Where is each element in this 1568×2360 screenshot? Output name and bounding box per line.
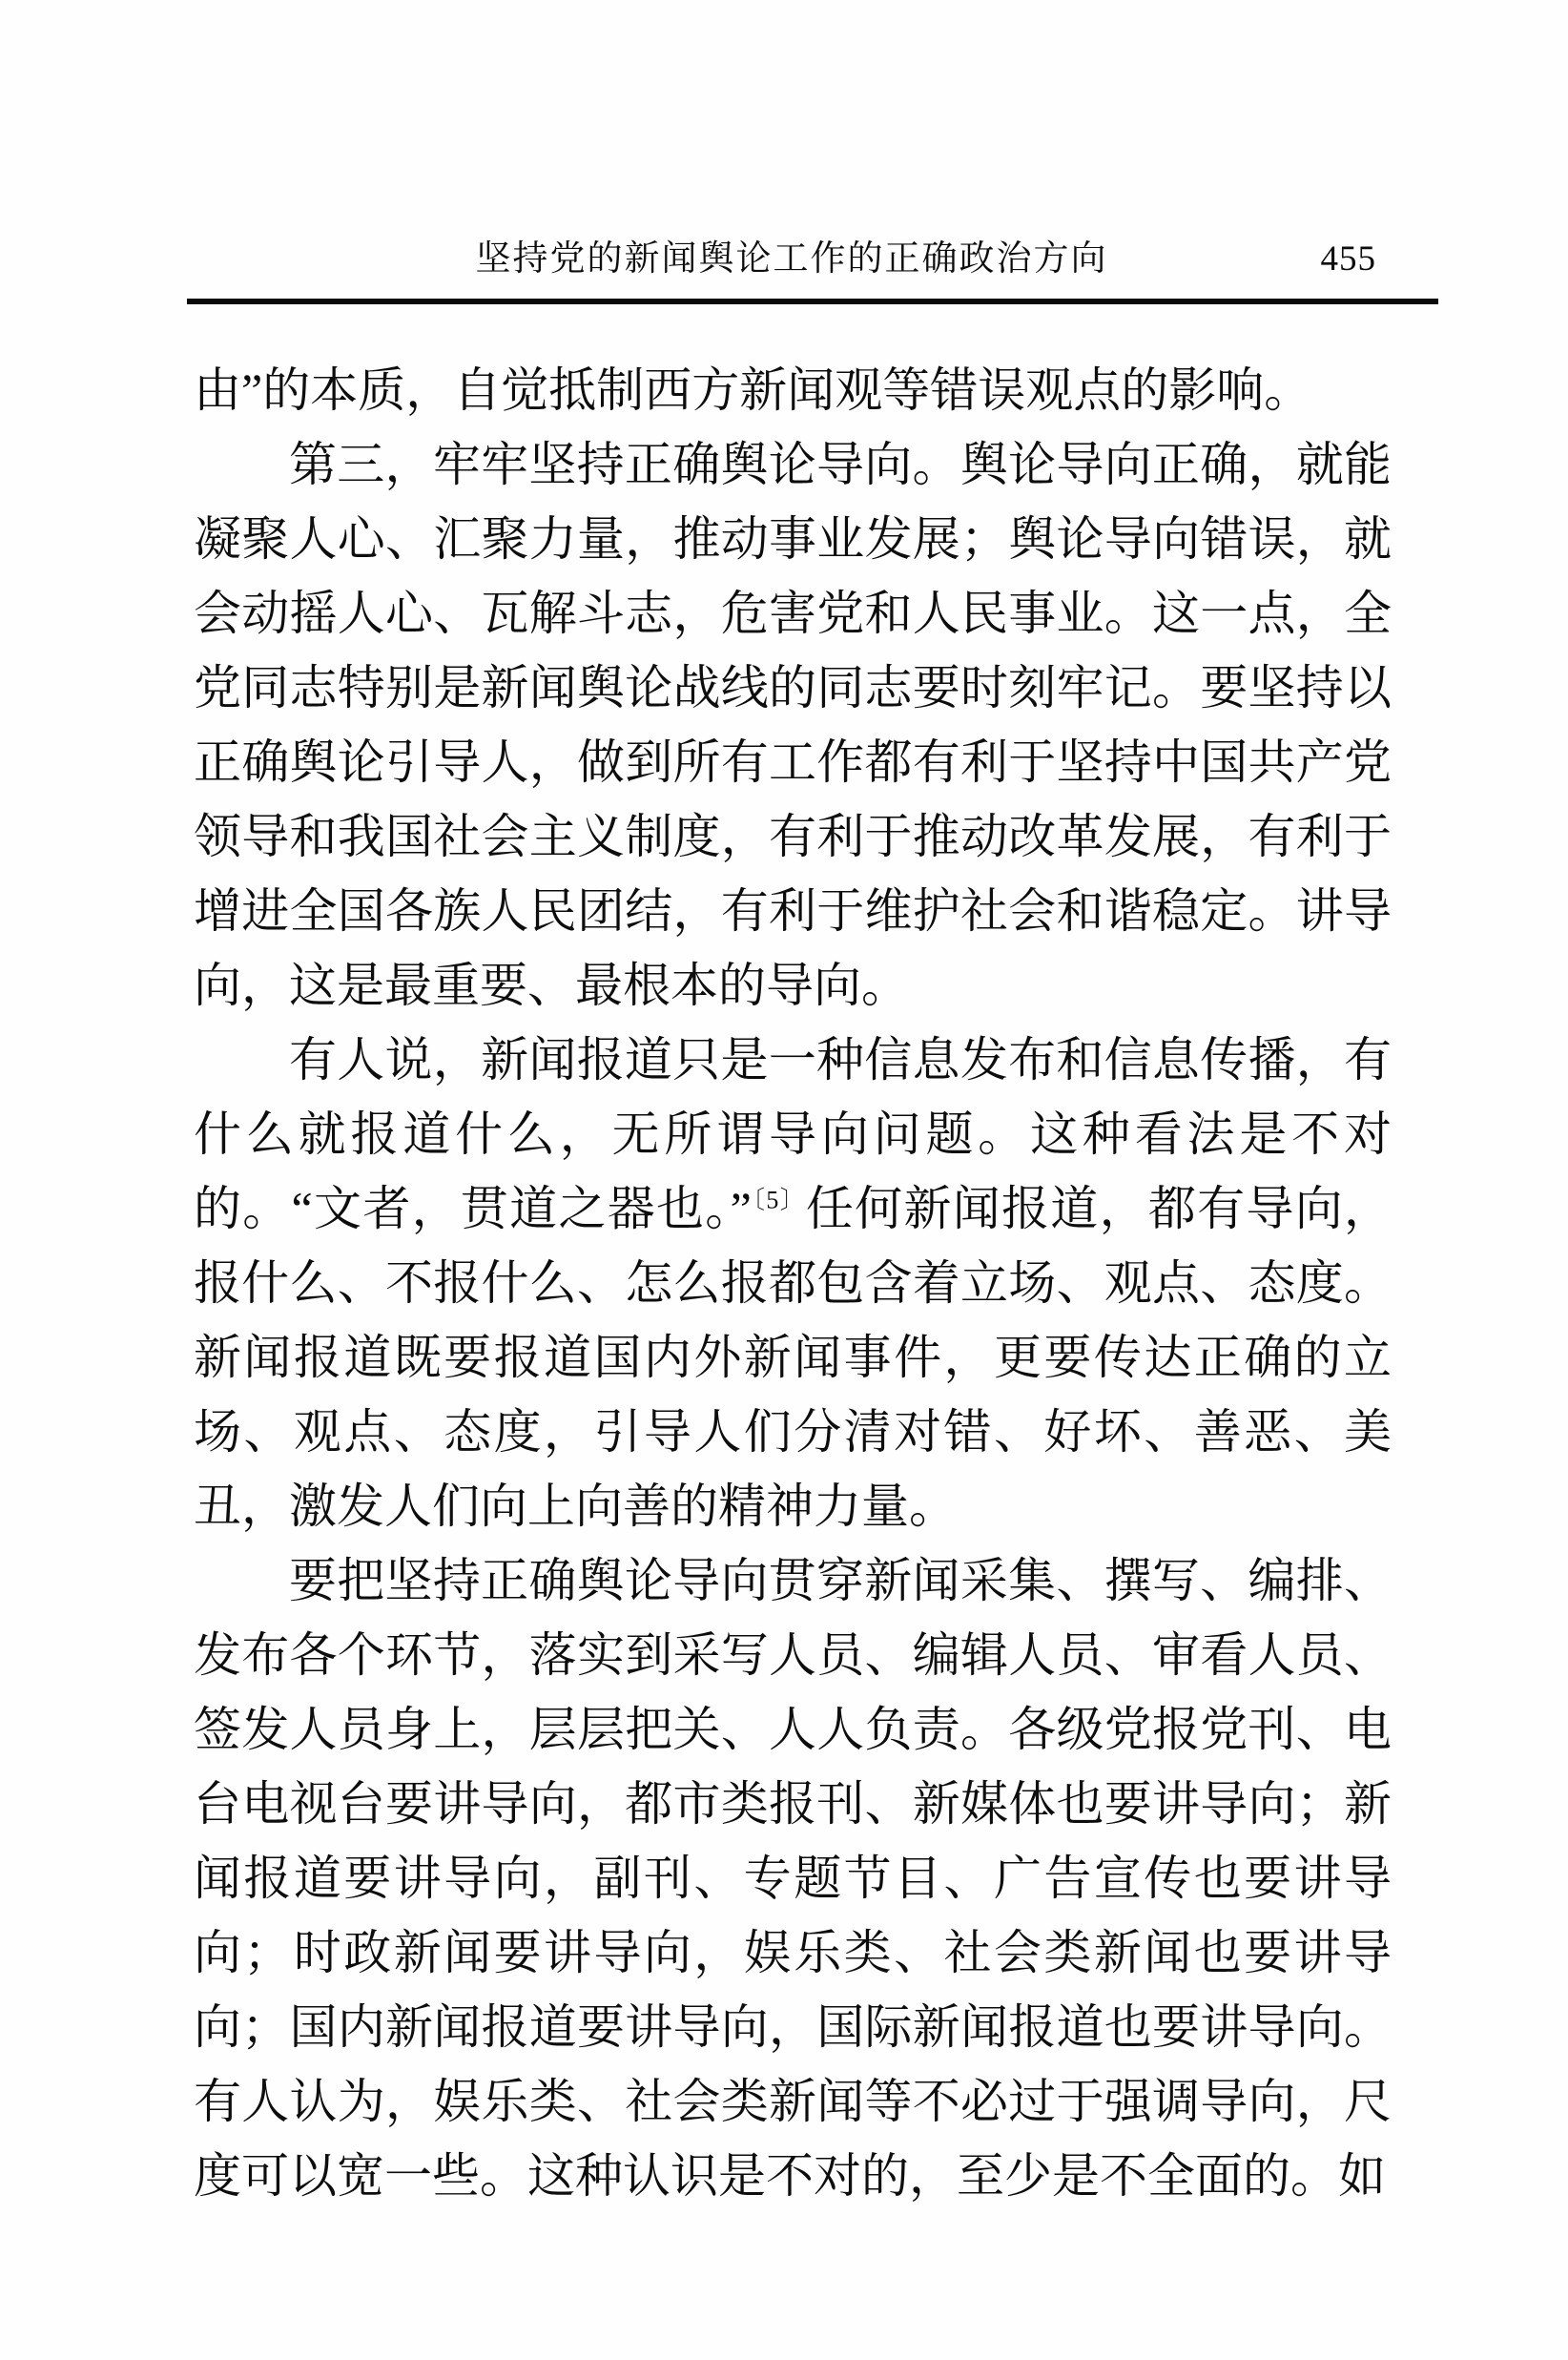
page-body: 由”的本质，自觉抵制西方新闻观等错误观点的影响。 第三，牢牢坚持正确舆论导向。舆… [194,353,1392,2213]
footnote-ref-5: 〔5〕 [752,1186,806,1213]
paragraph-continuation: 由”的本质，自觉抵制西方新闻观等错误观点的影响。 [194,353,1392,427]
running-header: 坚持党的新闻舆论工作的正确政治方向 455 [194,238,1390,280]
header-rule [187,299,1438,304]
book-page: 坚持党的新闻舆论工作的正确政治方向 455 由”的本质，自觉抵制西方新闻观等错误… [0,0,1568,2360]
paragraph-implementation: 要把坚持正确舆论导向贯穿新闻采集、撰写、编排、发布各个环节，落实到采写人员、编辑… [194,1543,1392,2213]
page-number: 455 [1321,238,1377,280]
paragraph-third-point: 第三，牢牢坚持正确舆论导向。舆论导向正确，就能凝聚人心、汇聚力量，推动事业发展；… [194,427,1392,1023]
paragraph-news-orientation: 有人说，新闻报道只是一种信息发布和信息传播，有什么就报道什么，无所谓导向问题。这… [194,1023,1392,1543]
running-header-title: 坚持党的新闻舆论工作的正确政治方向 [194,238,1390,280]
